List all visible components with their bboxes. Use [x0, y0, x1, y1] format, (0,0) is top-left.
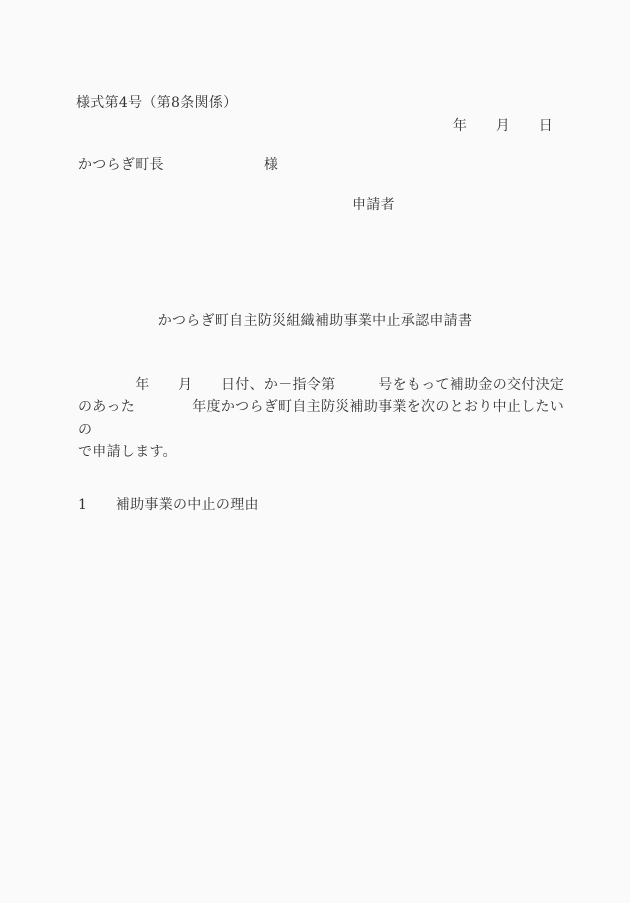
- section-1-heading: 1 補助事業の中止の理由: [78, 497, 259, 513]
- applicant-label: 申請者: [352, 197, 395, 213]
- date-line: 年 月 日: [453, 118, 553, 134]
- body-paragraph: 年 月 日付、か－指令第 号をもって補助金の交付決定 のあった 年度かつらぎ町自…: [78, 374, 578, 463]
- document-page: 様式第4号（第8条関係） 年 月 日 かつらぎ町長 様 申請者 かつらぎ町自主防…: [0, 0, 630, 903]
- document-title: かつらぎ町自主防災組織補助事業中止承認申請書: [0, 313, 630, 329]
- addressee-line: かつらぎ町長 様: [78, 157, 278, 173]
- form-number: 様式第4号（第8条関係）: [76, 95, 237, 111]
